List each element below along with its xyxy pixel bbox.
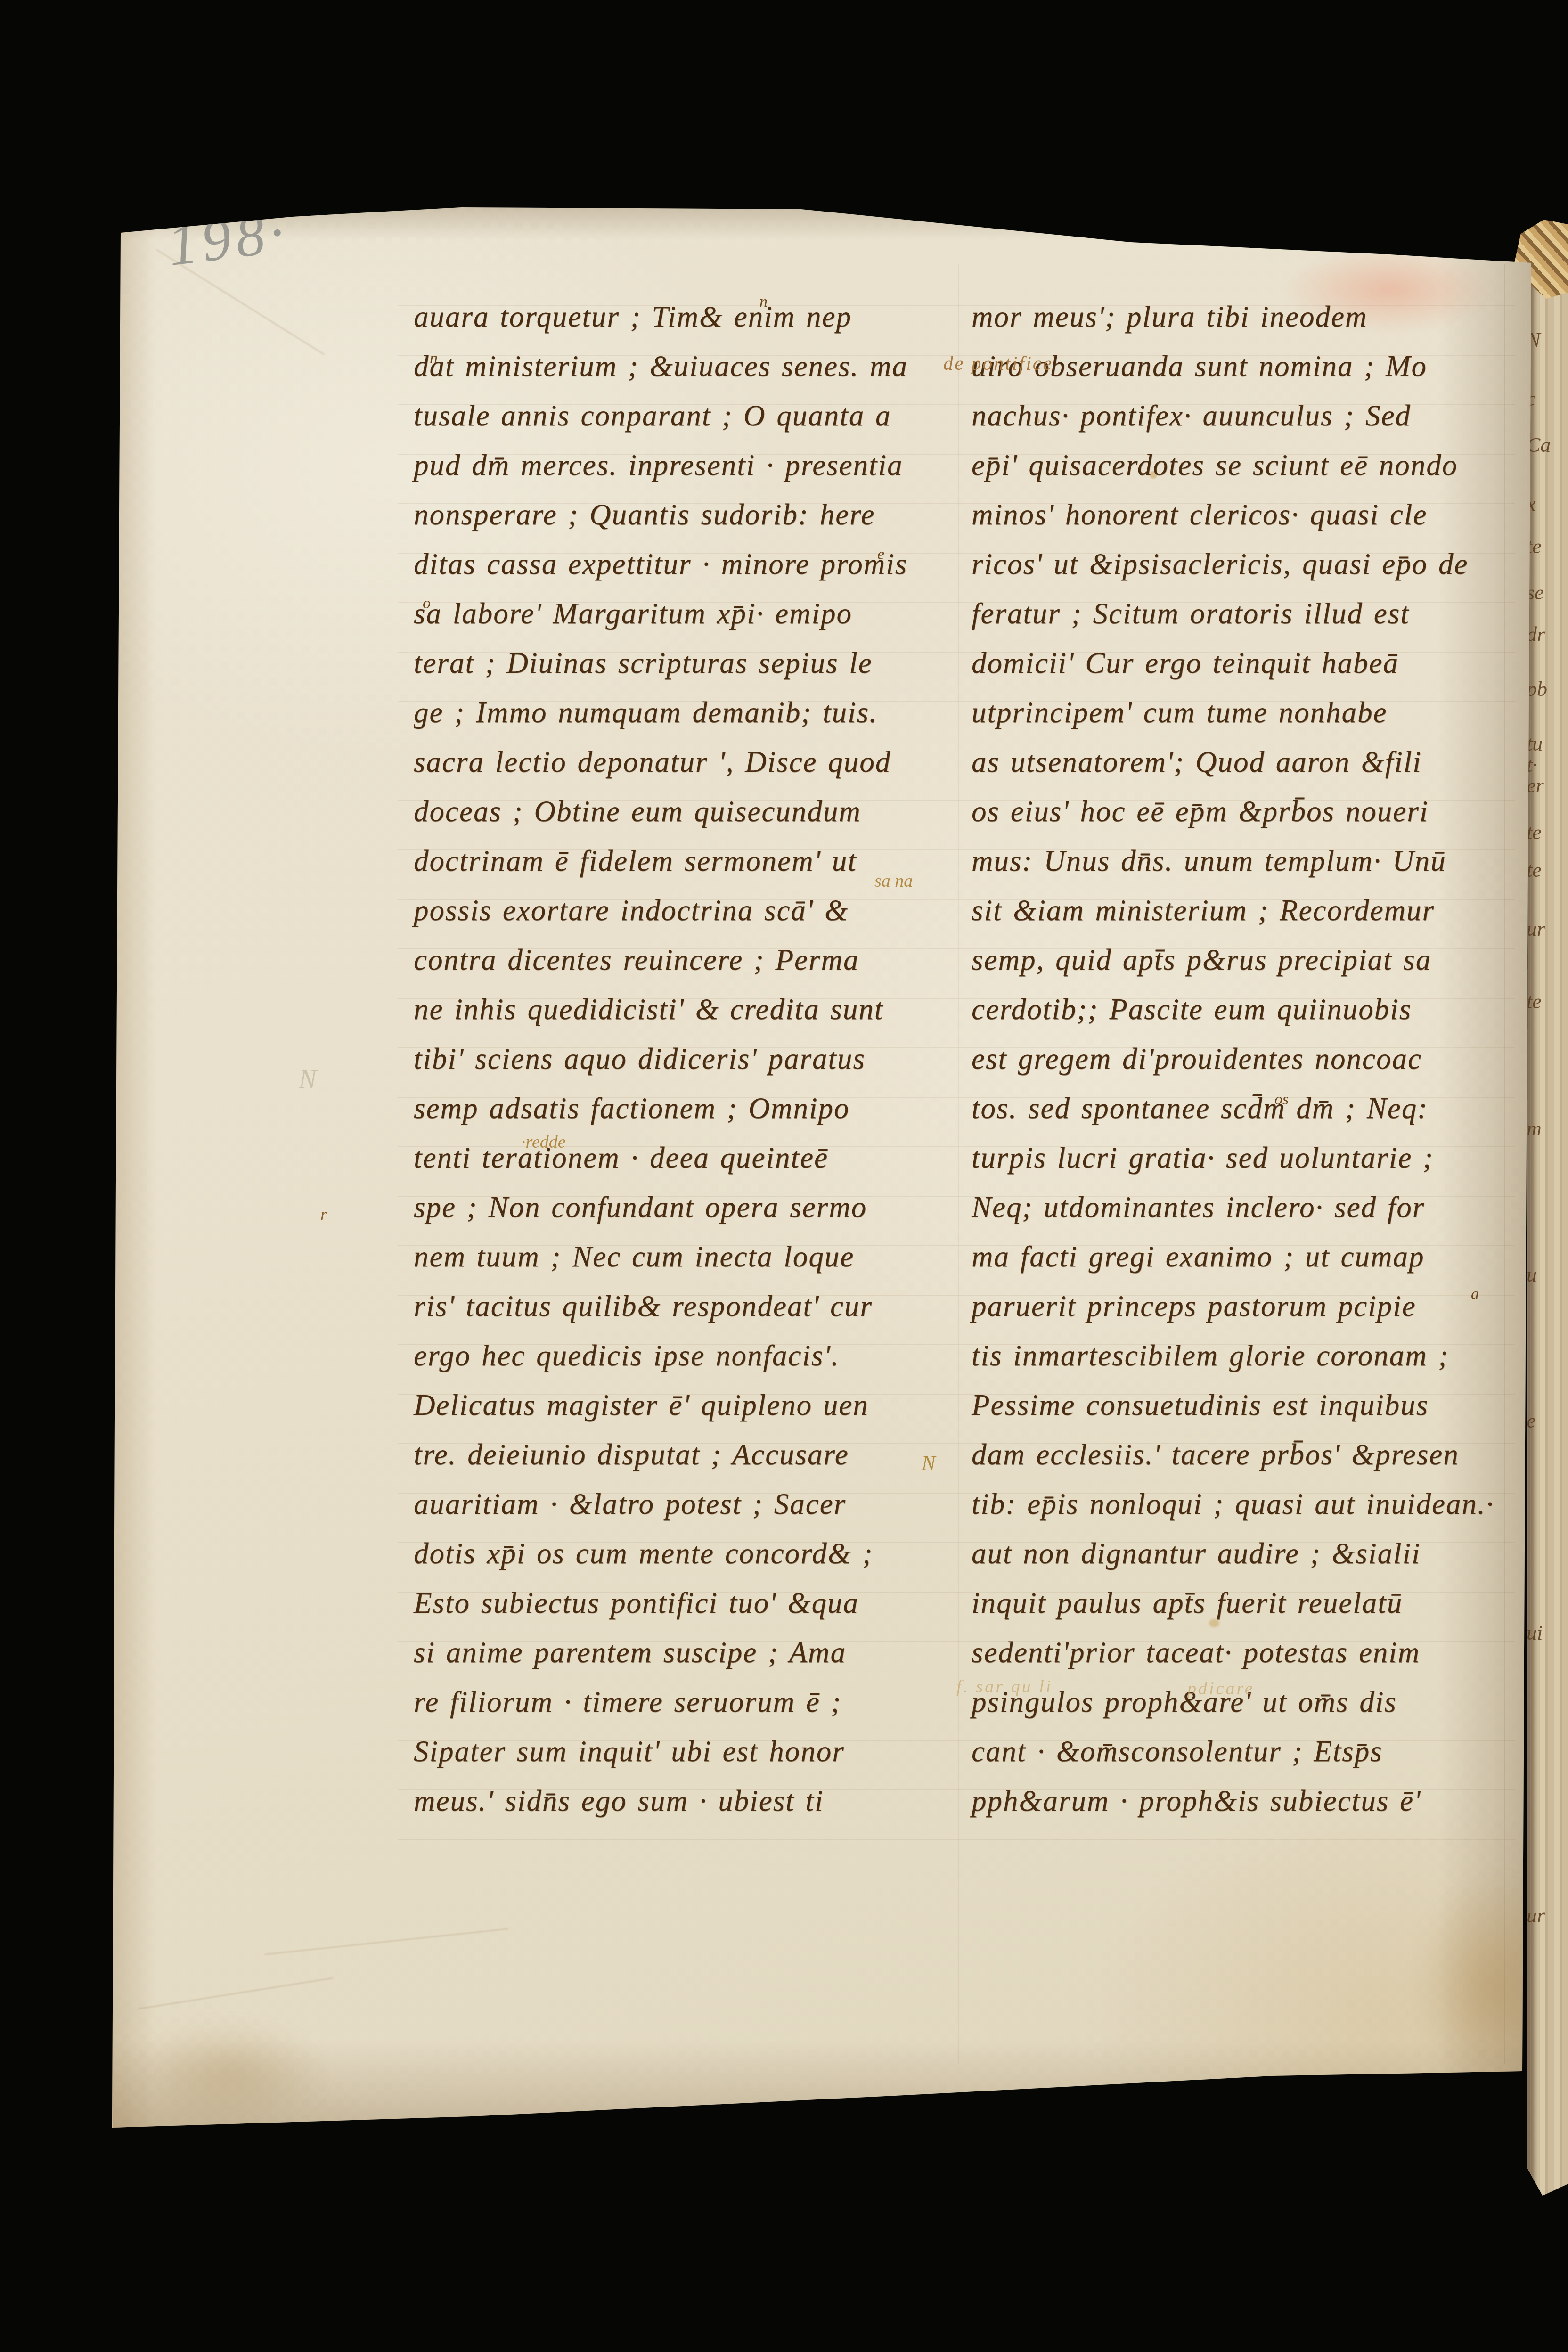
superscript-letter: n (430, 350, 438, 367)
interlinear-gloss: sa na (874, 871, 913, 891)
manuscript-line: meus.' sidn̄s ego sum · ubiest ti (414, 1776, 960, 1826)
manuscript-line: as utsenatorem'; Quod aaron &fili (972, 737, 1518, 787)
manuscript-line: semp, quid apt̄s p&rus precipiat sa (972, 935, 1518, 985)
manuscript-line: terat ; Diuinas scripturas sepius le (414, 638, 960, 688)
manuscript-line: Esto subiectus pontifici tuo' &qua (414, 1578, 960, 1628)
manuscript-line: feratur ; Scitum oratoris illud est (972, 589, 1518, 638)
manuscript-line: Pessime consuetudinis est inquibus (972, 1380, 1518, 1430)
manuscript-line: ge ; Immo numquam demanib; tuis. (414, 688, 960, 737)
edge-letter-fragment: e (1527, 1409, 1536, 1433)
parchment-wrinkle (264, 1928, 508, 1955)
manuscript-line: contra dicentes reuincere ; Perma (414, 935, 960, 985)
edge-letter-fragment: ur (1527, 917, 1545, 941)
book-fore-edge: NcCaxtesedrpbtut·erteteurtemueuiur (1526, 236, 1568, 2196)
manuscript-line: ricos' ut &ipsisaclericis, quasi ep̄o de (972, 539, 1518, 589)
manuscript-line: sit &iam ministerium ; Recordemur (972, 886, 1518, 935)
manuscript-line: ris' tacitus quilib& respondeat' cur (414, 1282, 960, 1331)
manuscript-line: nachus· pontifex· auunculus ; Sed (972, 391, 1518, 441)
superscript-letter: e (877, 546, 884, 563)
page-edge-shade (113, 2040, 1527, 2130)
edge-letter-fragment: te (1527, 858, 1542, 882)
manuscript-line: nem tuum ; Nec cum inecta loque (414, 1232, 960, 1282)
edge-letter-fragment: te (1527, 820, 1542, 844)
manuscript-line: dat ministerium ; &uiuaces senes. ma (414, 342, 960, 391)
manuscript-line: est gregem di'prouidentes noncoac (972, 1034, 1518, 1084)
superscript-letter: a (1471, 1285, 1479, 1303)
edge-letter-fragment: m (1527, 1117, 1542, 1141)
page-edge-shade (118, 205, 1531, 240)
manuscript-line: utprincipem' cum tume nonhabe (972, 688, 1518, 737)
manuscript-line: uiro obseruanda sunt nomina ; Mo (972, 342, 1518, 391)
superscript-letter: os (1274, 1091, 1289, 1109)
manuscript-line: ep̄i' quisacerdotes se sciunt eē nondo (972, 441, 1518, 490)
interlinear-gloss: ·redde (521, 1132, 566, 1152)
manuscript-line: domicii' Cur ergo teinquit habeā (972, 638, 1518, 688)
manuscript-page: 198· auara torquetur ; Tim& enim nepdat … (0, 0, 1568, 2352)
edge-letter-fragment: u (1527, 1263, 1537, 1287)
manuscript-line: Neq; utdominantes inclero· sed for (972, 1183, 1518, 1232)
manuscript-line: ne inhis quedidicisti' & credita sunt (414, 985, 960, 1034)
margin-mark: N (299, 1065, 316, 1095)
manuscript-line: os eius' hoc eē ep̄m &prb̄os noueri (972, 787, 1518, 836)
nota-mark: N (922, 1451, 935, 1475)
manuscript-line: possis exortare indoctrina scā' & (414, 886, 960, 935)
margin-mark: r (320, 1204, 327, 1224)
interlinear-gloss: de pontifice (943, 352, 1053, 375)
manuscript-line: re filiorum · timere seruorum ē ; (414, 1677, 960, 1727)
manuscript-line: cerdotib;; Pascite eum quiinuobis (972, 985, 1518, 1034)
manuscript-line: tenti terationem · deea queinteē (414, 1133, 960, 1183)
manuscript-line: nonsperare ; Quantis sudorib: here (414, 490, 960, 539)
manuscript-line: auara torquetur ; Tim& enim nep (414, 292, 960, 342)
edge-letter-fragment: pb (1527, 677, 1547, 701)
folio-number-pencil: 198· (164, 198, 292, 279)
manuscript-line: tis inmartescibilem glorie coronam ; (972, 1331, 1518, 1380)
manuscript-line: semp adsatis factionem ; Omnipo (414, 1084, 960, 1133)
manuscript-line: pph&arum · proph&is subiectus ē' (972, 1776, 1518, 1826)
text-column-left: auara torquetur ; Tim& enim nepdat minis… (414, 292, 960, 1826)
page-edge-shade (112, 217, 157, 2134)
superscript-letter: o (423, 595, 431, 612)
parchment-stain (108, 2007, 353, 2139)
faded-gloss: f. sar qu li (956, 1676, 1053, 1697)
manuscript-line: ma facti gregi exanimo ; ut cumap (972, 1232, 1518, 1282)
edge-letter-fragment: dr (1527, 622, 1545, 646)
manuscript-line: mus: Unus dn̄s. unum templum· Unū (972, 836, 1518, 886)
manuscript-line: dam ecclesiis.' tacere prb̄os' &presen (972, 1430, 1518, 1479)
manuscript-line: ergo hec quedicis ipse nonfacis'. (414, 1331, 960, 1380)
edge-letter-fragment: tu (1527, 732, 1543, 756)
manuscript-line: Sipater sum inquit' ubi est honor (414, 1727, 960, 1776)
manuscript-line: auaritiam · &latro potest ; Sacer (414, 1479, 960, 1529)
edge-letter-fragment: er (1527, 774, 1544, 798)
manuscript-line: cant · &om̄sconsolentur ; Etsp̄s (972, 1727, 1518, 1776)
manuscript-line: tre. deieiunio disputat ; Accusare (414, 1430, 960, 1479)
manuscript-line: tibi' sciens aquo didiceris' paratus (414, 1034, 960, 1084)
text-column-right: mor meus'; plura tibi ineodemuiro obseru… (972, 292, 1518, 1826)
edge-letter-fragment: ui (1527, 1621, 1543, 1645)
manuscript-line: tusale annis conparant ; O quanta a (414, 391, 960, 441)
manuscript-line: minos' honorent clericos· quasi cle (972, 490, 1518, 539)
superscript-letter: n (759, 293, 768, 311)
parchment-wrinkle (138, 1977, 333, 2009)
manuscript-line: sa labore' Margaritum xp̄i· emipo (414, 589, 960, 638)
manuscript-line: doceas ; Obtine eum quisecundum (414, 787, 960, 836)
manuscript-line: pud dm̄ merces. inpresenti · presentia (414, 441, 960, 490)
manuscript-line: paruerit princeps pastorum pcipie (972, 1282, 1518, 1331)
manuscript-line: Delicatus magister ē' quipleno uen (414, 1380, 960, 1430)
manuscript-line: si anime parentem suscipe ; Ama (414, 1628, 960, 1677)
manuscript-line: inquit paulus apt̄s fuerit reuelatū (972, 1578, 1518, 1628)
faded-gloss: pdicare (1187, 1678, 1255, 1699)
edge-letter-fragment: ur (1527, 1903, 1545, 1927)
manuscript-line: turpis lucri gratia· sed uoluntarie ; (972, 1133, 1518, 1183)
manuscript-line: aut non dignantur audire ; &sialii (972, 1529, 1518, 1578)
photo-background: NcCaxtesedrpbtut·erteteurtemueuiur 198· … (0, 0, 1568, 2352)
manuscript-line: spe ; Non confundant opera sermo (414, 1183, 960, 1232)
manuscript-line: sedenti'prior taceat· potestas enim (972, 1628, 1518, 1677)
manuscript-line: tib: ep̄is nonloqui ; quasi aut inuidean… (972, 1479, 1518, 1529)
manuscript-line: sacra lectio deponatur ', Disce quod (414, 737, 960, 787)
edge-letter-fragment: te (1527, 989, 1542, 1013)
manuscript-line: dotis xp̄i os cum mente concord& ; (414, 1529, 960, 1578)
manuscript-line: tos. sed spontanee scd̄m dm̄ ; Neq: (972, 1084, 1518, 1133)
manuscript-line: mor meus'; plura tibi ineodem (972, 292, 1518, 342)
